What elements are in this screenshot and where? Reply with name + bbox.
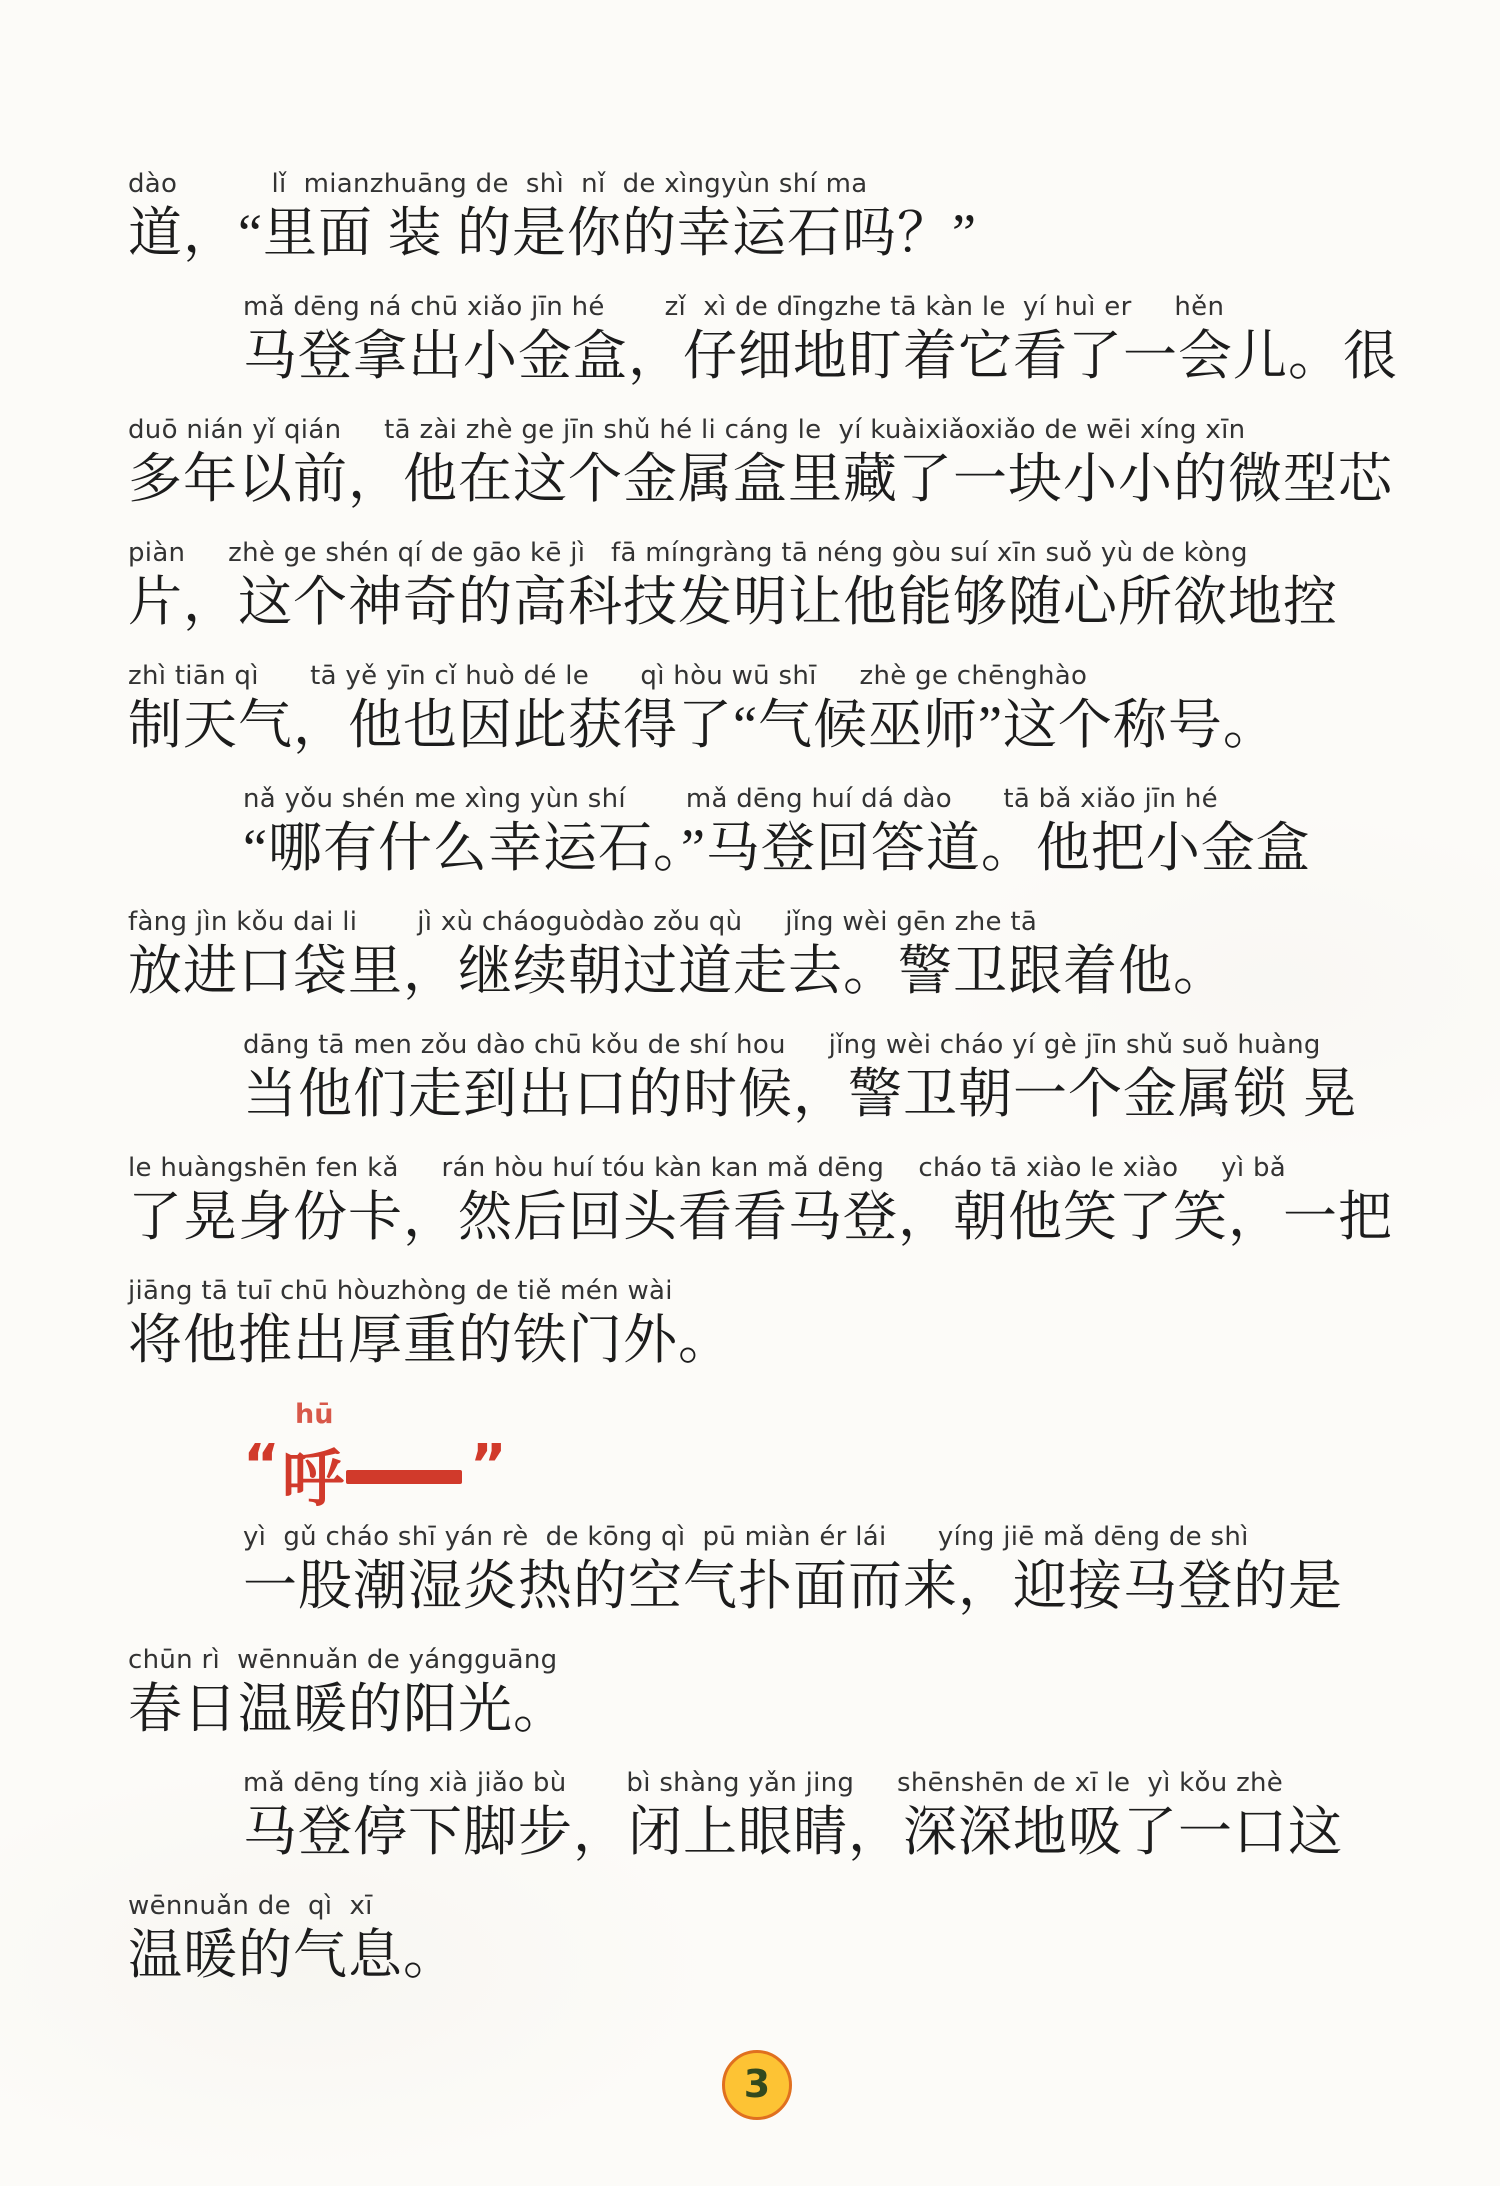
pinyin-line: dāng tā men zǒu dào chū kǒu de shí hou j… [243, 1029, 1402, 1062]
pinyin-line: le huàngshēn fen kǎ rán hòu huí tóu kàn … [128, 1152, 1402, 1185]
exclamation-line: “呼——” [243, 1431, 1402, 1531]
text-row: le huàngshēn fen kǎ rán hòu huí tóu kàn … [128, 1152, 1402, 1275]
text-row: dāng tā men zǒu dào chū kǒu de shí hou j… [128, 1029, 1402, 1152]
open-quote-mark: “ [243, 1433, 276, 1498]
hanzi-line: 一股潮湿炎热的空气扑面而来，迎接马登的是 [243, 1554, 1402, 1618]
page-number: 3 [744, 2062, 770, 2106]
text-row: piàn zhè ge shén qí de gāo kē jì fā míng… [128, 537, 1402, 660]
close-quote-mark: ” [470, 1433, 503, 1498]
pinyin-line: piàn zhè ge shén qí de gāo kē jì fā míng… [128, 537, 1402, 570]
hanzi-line: 了晃身份卡，然后回头看看马登，朝他笑了笑，一把 [128, 1185, 1402, 1249]
text-row: chūn rì wēnnuǎn de yángguāng春日温暖的阳光。 [128, 1644, 1402, 1767]
text-row: jiāng tā tuī chū hòuzhòng de tiě mén wài… [128, 1275, 1402, 1398]
hanzi-line: 马登停下脚步，闭上眼睛，深深地吸了一口这 [243, 1800, 1402, 1864]
pinyin-line: mǎ dēng ná chū xiǎo jīn hé zǐ xì de dīng… [243, 291, 1402, 324]
hanzi-line: 片，这个神奇的高科技发明让他能够随心所欲地控 [128, 570, 1402, 634]
pinyin-line: mǎ dēng tíng xià jiǎo bù bì shàng yǎn ji… [243, 1767, 1402, 1800]
text-row: dào lǐ mianzhuāng de shì nǐ de xìngyùn s… [128, 168, 1402, 291]
hu-character: 呼 [282, 1442, 344, 1515]
hanzi-line: 制天气，他也因此获得了“气候巫师”这个称号。 [128, 693, 1402, 757]
pinyin-line: yì gǔ cháo shī yán rè de kōng qì pū miàn… [243, 1521, 1402, 1554]
hanzi-line: 春日温暖的阳光。 [128, 1677, 1402, 1741]
pinyin-line: jiāng tā tuī chū hòuzhòng de tiě mén wài [128, 1275, 1402, 1308]
long-dash: —— [346, 1470, 462, 1484]
pinyin-line: dào lǐ mianzhuāng de shì nǐ de xìngyùn s… [128, 168, 1402, 201]
text-column: dào lǐ mianzhuāng de shì nǐ de xìngyùn s… [128, 168, 1402, 2013]
hanzi-line: 道，“里面 装 的是你的幸运石吗？” [128, 201, 1402, 265]
hanzi-line: 多年以前，他在这个金属盒里藏了一块小小的微型芯 [128, 447, 1402, 511]
text-row: wēnnuǎn de qì xī温暖的气息。 [128, 1890, 1402, 2013]
hanzi-line: 马登拿出小金盒，仔细地盯着它看了一会儿。很 [243, 324, 1402, 388]
pinyin-line: wēnnuǎn de qì xī [128, 1890, 1402, 1923]
text-row: mǎ dēng tíng xià jiǎo bù bì shàng yǎn ji… [128, 1767, 1402, 1890]
exclamation-row: hū“呼——” [128, 1398, 1402, 1521]
page-number-badge: 3 [722, 2050, 792, 2120]
hanzi-line: 放进口袋里，继续朝过道走去。警卫跟着他。 [128, 939, 1402, 1003]
book-page: dào lǐ mianzhuāng de shì nǐ de xìngyùn s… [0, 0, 1500, 2186]
pinyin-line: chūn rì wēnnuǎn de yángguāng [128, 1644, 1402, 1677]
hanzi-line: 温暖的气息。 [128, 1923, 1402, 1987]
pinyin-line: zhì tiān qì tā yě yīn cǐ huò dé le qì hò… [128, 660, 1402, 693]
text-row: zhì tiān qì tā yě yīn cǐ huò dé le qì hò… [128, 660, 1402, 783]
text-row: yì gǔ cháo shī yán rè de kōng qì pū miàn… [128, 1521, 1402, 1644]
text-row: mǎ dēng ná chū xiǎo jīn hé zǐ xì de dīng… [128, 291, 1402, 414]
hanzi-line: 当他们走到出口的时候，警卫朝一个金属锁 晃 [243, 1062, 1402, 1126]
text-row: fàng jìn kǒu dai li jì xù cháoguòdào zǒu… [128, 906, 1402, 1029]
pinyin-line: nǎ yǒu shén me xìng yùn shí mǎ dēng huí … [243, 783, 1402, 816]
text-row: duō nián yǐ qián tā zài zhè ge jīn shǔ h… [128, 414, 1402, 537]
hanzi-line: “哪有什么幸运石。”马登回答道。他把小金盒 [243, 816, 1402, 880]
pinyin-line: duō nián yǐ qián tā zài zhè ge jīn shǔ h… [128, 414, 1402, 447]
hanzi-line: 将他推出厚重的铁门外。 [128, 1308, 1402, 1372]
exclamation-pinyin: hū [243, 1398, 1402, 1431]
text-row: nǎ yǒu shén me xìng yùn shí mǎ dēng huí … [128, 783, 1402, 906]
pinyin-line: fàng jìn kǒu dai li jì xù cháoguòdào zǒu… [128, 906, 1402, 939]
